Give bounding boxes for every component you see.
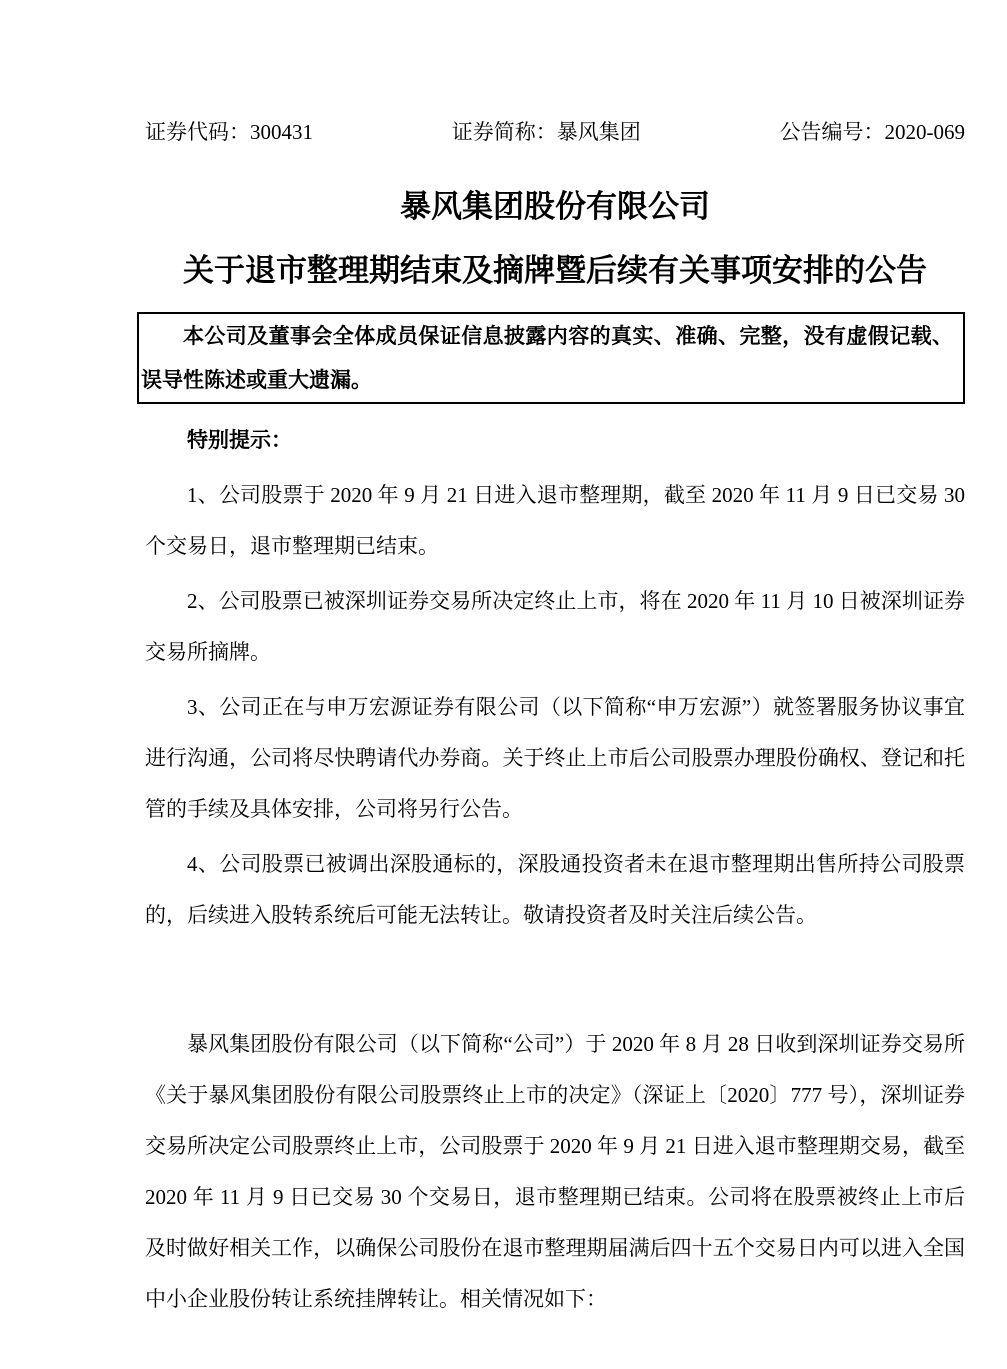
body-paragraph: 暴风集团股份有限公司（以下简称“公司”）于 2020 年 8 月 28 日收到深… [145, 1019, 965, 1325]
notice-item-2: 2、公司股票已被深圳证券交易所决定终止上市，将在 2020 年 11 月 10 … [145, 576, 965, 678]
announcement-number: 公告编号：2020-069 [780, 118, 966, 146]
notice-item-1: 1、公司股票于 2020 年 9 月 21 日进入退市整理期，截至 2020 年… [145, 470, 965, 572]
company-title: 暴风集团股份有限公司 [145, 188, 965, 226]
disclaimer-text: 本公司及董事会全体成员保证信息披露内容的真实、准确、完整，没有虚假记载、误导性陈… [141, 314, 953, 402]
special-notice-heading: 特别提示： [145, 426, 965, 454]
stock-name: 证券简称：暴风集团 [452, 118, 641, 146]
stock-code: 证券代码：300431 [145, 118, 313, 146]
announcement-title: 关于退市整理期结束及摘牌暨后续有关事项安排的公告 [145, 252, 965, 290]
document-page: 证券代码：300431 证券简称：暴风集团 公告编号：2020-069 暴风集团… [0, 0, 1007, 1369]
notice-item-3: 3、公司正在与申万宏源证券有限公司（以下简称“申万宏源”）就签署服务协议事宜进行… [145, 682, 965, 835]
notice-item-4: 4、公司股票已被调出深股通标的，深股通投资者未在退市整理期出售所持公司股票的，后… [145, 839, 965, 941]
disclaimer-box: 本公司及董事会全体成员保证信息披露内容的真实、准确、完整，没有虚假记载、误导性陈… [137, 312, 965, 404]
document-header: 证券代码：300431 证券简称：暴风集团 公告编号：2020-069 [145, 118, 965, 146]
